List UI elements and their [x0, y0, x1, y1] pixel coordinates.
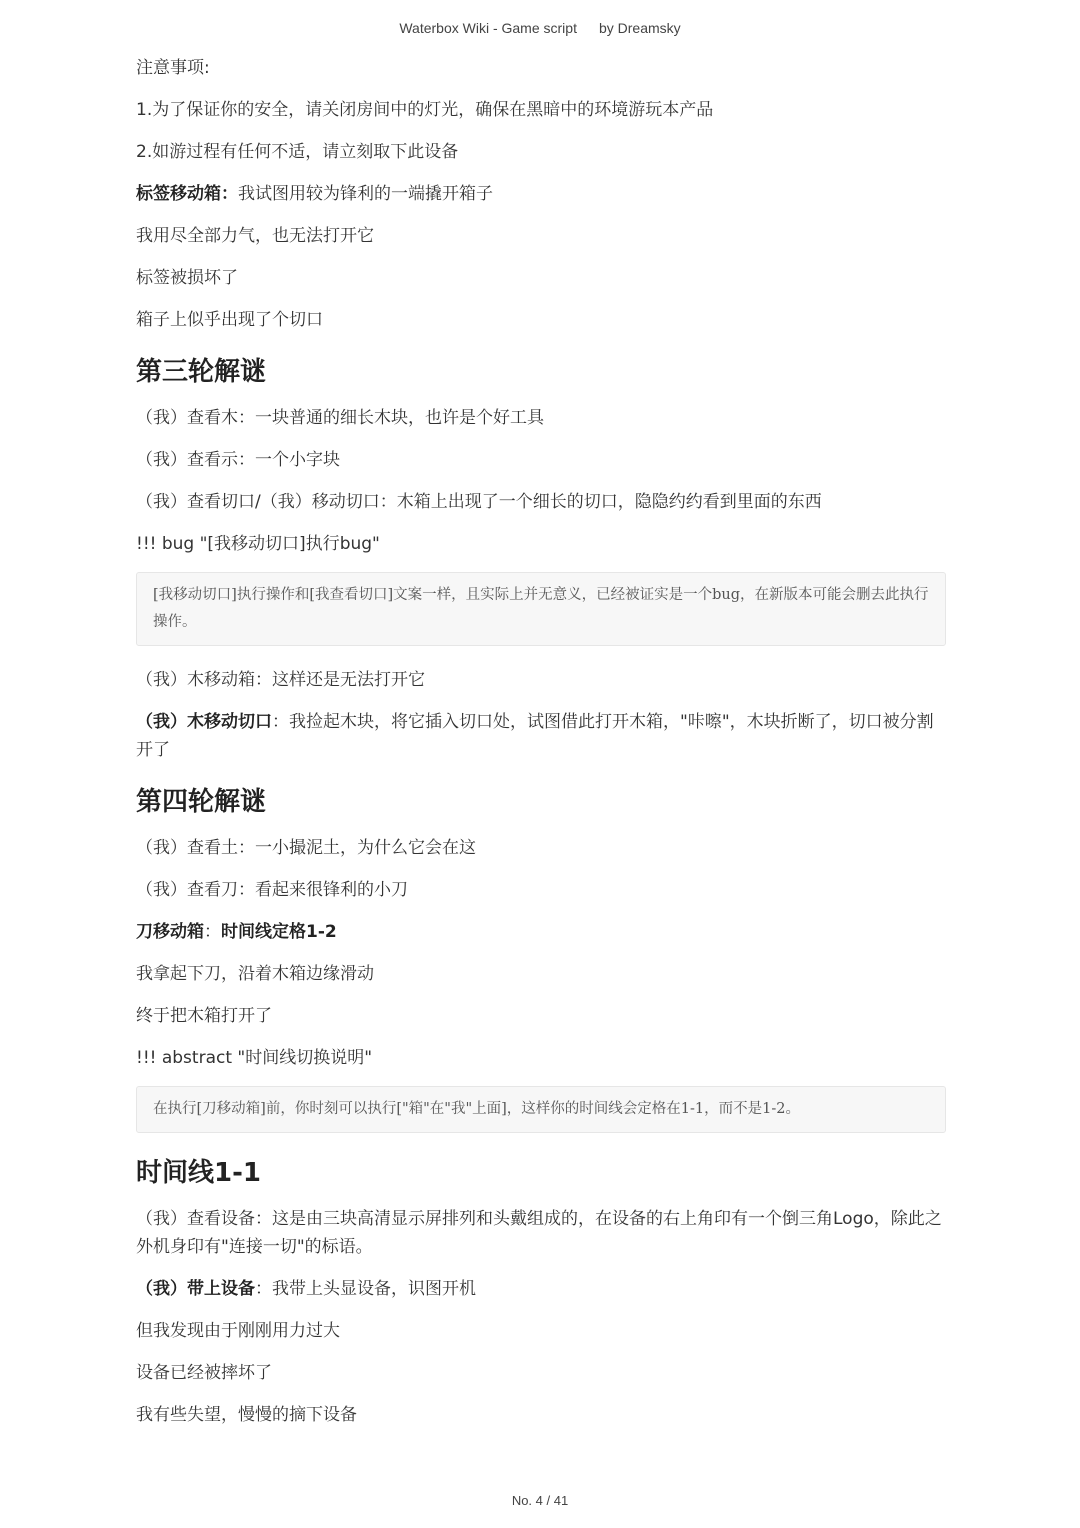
action-item: （我）查看刀：看起来很锋利的小刀 [136, 876, 946, 904]
timeline-label: 时间线定格1-2 [221, 922, 337, 942]
story-line: 终于把木箱打开了 [136, 1002, 946, 1030]
bug-note-box: [我移动切口]执行操作和[我查看切口]文案一样，且实际上并无意义，已经被证实是一… [136, 572, 946, 646]
action-item: （我）木移动箱：这样还是无法打开它 [136, 666, 946, 694]
separator: ： [204, 922, 221, 942]
story-line: 箱子上似乎出现了个切口 [136, 306, 946, 334]
label-move-box: 标签移动箱：我试图用较为锋利的一端撬开箱子 [136, 180, 946, 208]
notice-item-2: 2.如游过程有任何不适，请立刻取下此设备 [136, 138, 946, 166]
document-title: Waterbox Wiki - Game script [399, 20, 577, 36]
notice-title: 注意事项: [136, 54, 946, 82]
page-number: No. 4 / 41 [0, 1493, 1080, 1508]
story-line: 我有些失望，慢慢的摘下设备 [136, 1401, 946, 1429]
action-name: 标签移动箱： [136, 184, 238, 204]
story-line: 设备已经被摔坏了 [136, 1359, 946, 1387]
story-line: 标签被损坏了 [136, 264, 946, 292]
action-name: （我）木移动切口 [136, 712, 272, 732]
action-text: ：我带上头显设备，识图开机 [255, 1279, 476, 1299]
document-author: by Dreamsky [599, 20, 681, 36]
action-name: 刀移动箱 [136, 922, 204, 942]
section-heading-round-3: 第三轮解谜 [136, 352, 946, 392]
abstract-note-box: 在执行[刀移动箱]前，你时刻可以执行["箱"在"我"上面]，这样你的时间线会定格… [136, 1086, 946, 1133]
bug-admonition-line: !!! bug "[我移动切口]执行bug" [136, 530, 946, 558]
wear-device: （我）带上设备：我带上头显设备，识图开机 [136, 1275, 946, 1303]
story-line: 但我发现由于刚刚用力过大 [136, 1317, 946, 1345]
page-content: 注意事项: 1.为了保证你的安全，请关闭房间中的灯光，确保在黑暗中的环境游玩本产… [136, 54, 946, 1443]
wood-move-cut: （我）木移动切口：我捡起木块，将它插入切口处，试图借此打开木箱，"咔嚓"，木块折… [136, 708, 946, 764]
section-heading-timeline-1-1: 时间线1-1 [136, 1153, 946, 1193]
action-name: （我）带上设备 [136, 1279, 255, 1299]
knife-move-box: 刀移动箱：时间线定格1-2 [136, 918, 946, 946]
action-item: （我）查看切口/（我）移动切口：木箱上出现了一个细长的切口，隐隐约约看到里面的东… [136, 488, 946, 516]
story-line: 我拿起下刀，沿着木箱边缘滑动 [136, 960, 946, 988]
abstract-admonition-line: !!! abstract "时间线切换说明" [136, 1044, 946, 1072]
section-heading-round-4: 第四轮解谜 [136, 782, 946, 822]
action-text: 我试图用较为锋利的一端撬开箱子 [238, 184, 493, 204]
action-item: （我）查看设备：这是由三块高清显示屏排列和头戴组成的，在设备的右上角印有一个倒三… [136, 1205, 946, 1261]
action-item: （我）查看木：一块普通的细长木块，也许是个好工具 [136, 404, 946, 432]
action-item: （我）查看示：一个小字块 [136, 446, 946, 474]
notice-item-1: 1.为了保证你的安全，请关闭房间中的灯光，确保在黑暗中的环境游玩本产品 [136, 96, 946, 124]
action-item: （我）查看土：一小撮泥土，为什么它会在这 [136, 834, 946, 862]
story-line: 我用尽全部力气，也无法打开它 [136, 222, 946, 250]
page-header: Waterbox Wiki - Game scriptby Dreamsky [0, 20, 1080, 36]
